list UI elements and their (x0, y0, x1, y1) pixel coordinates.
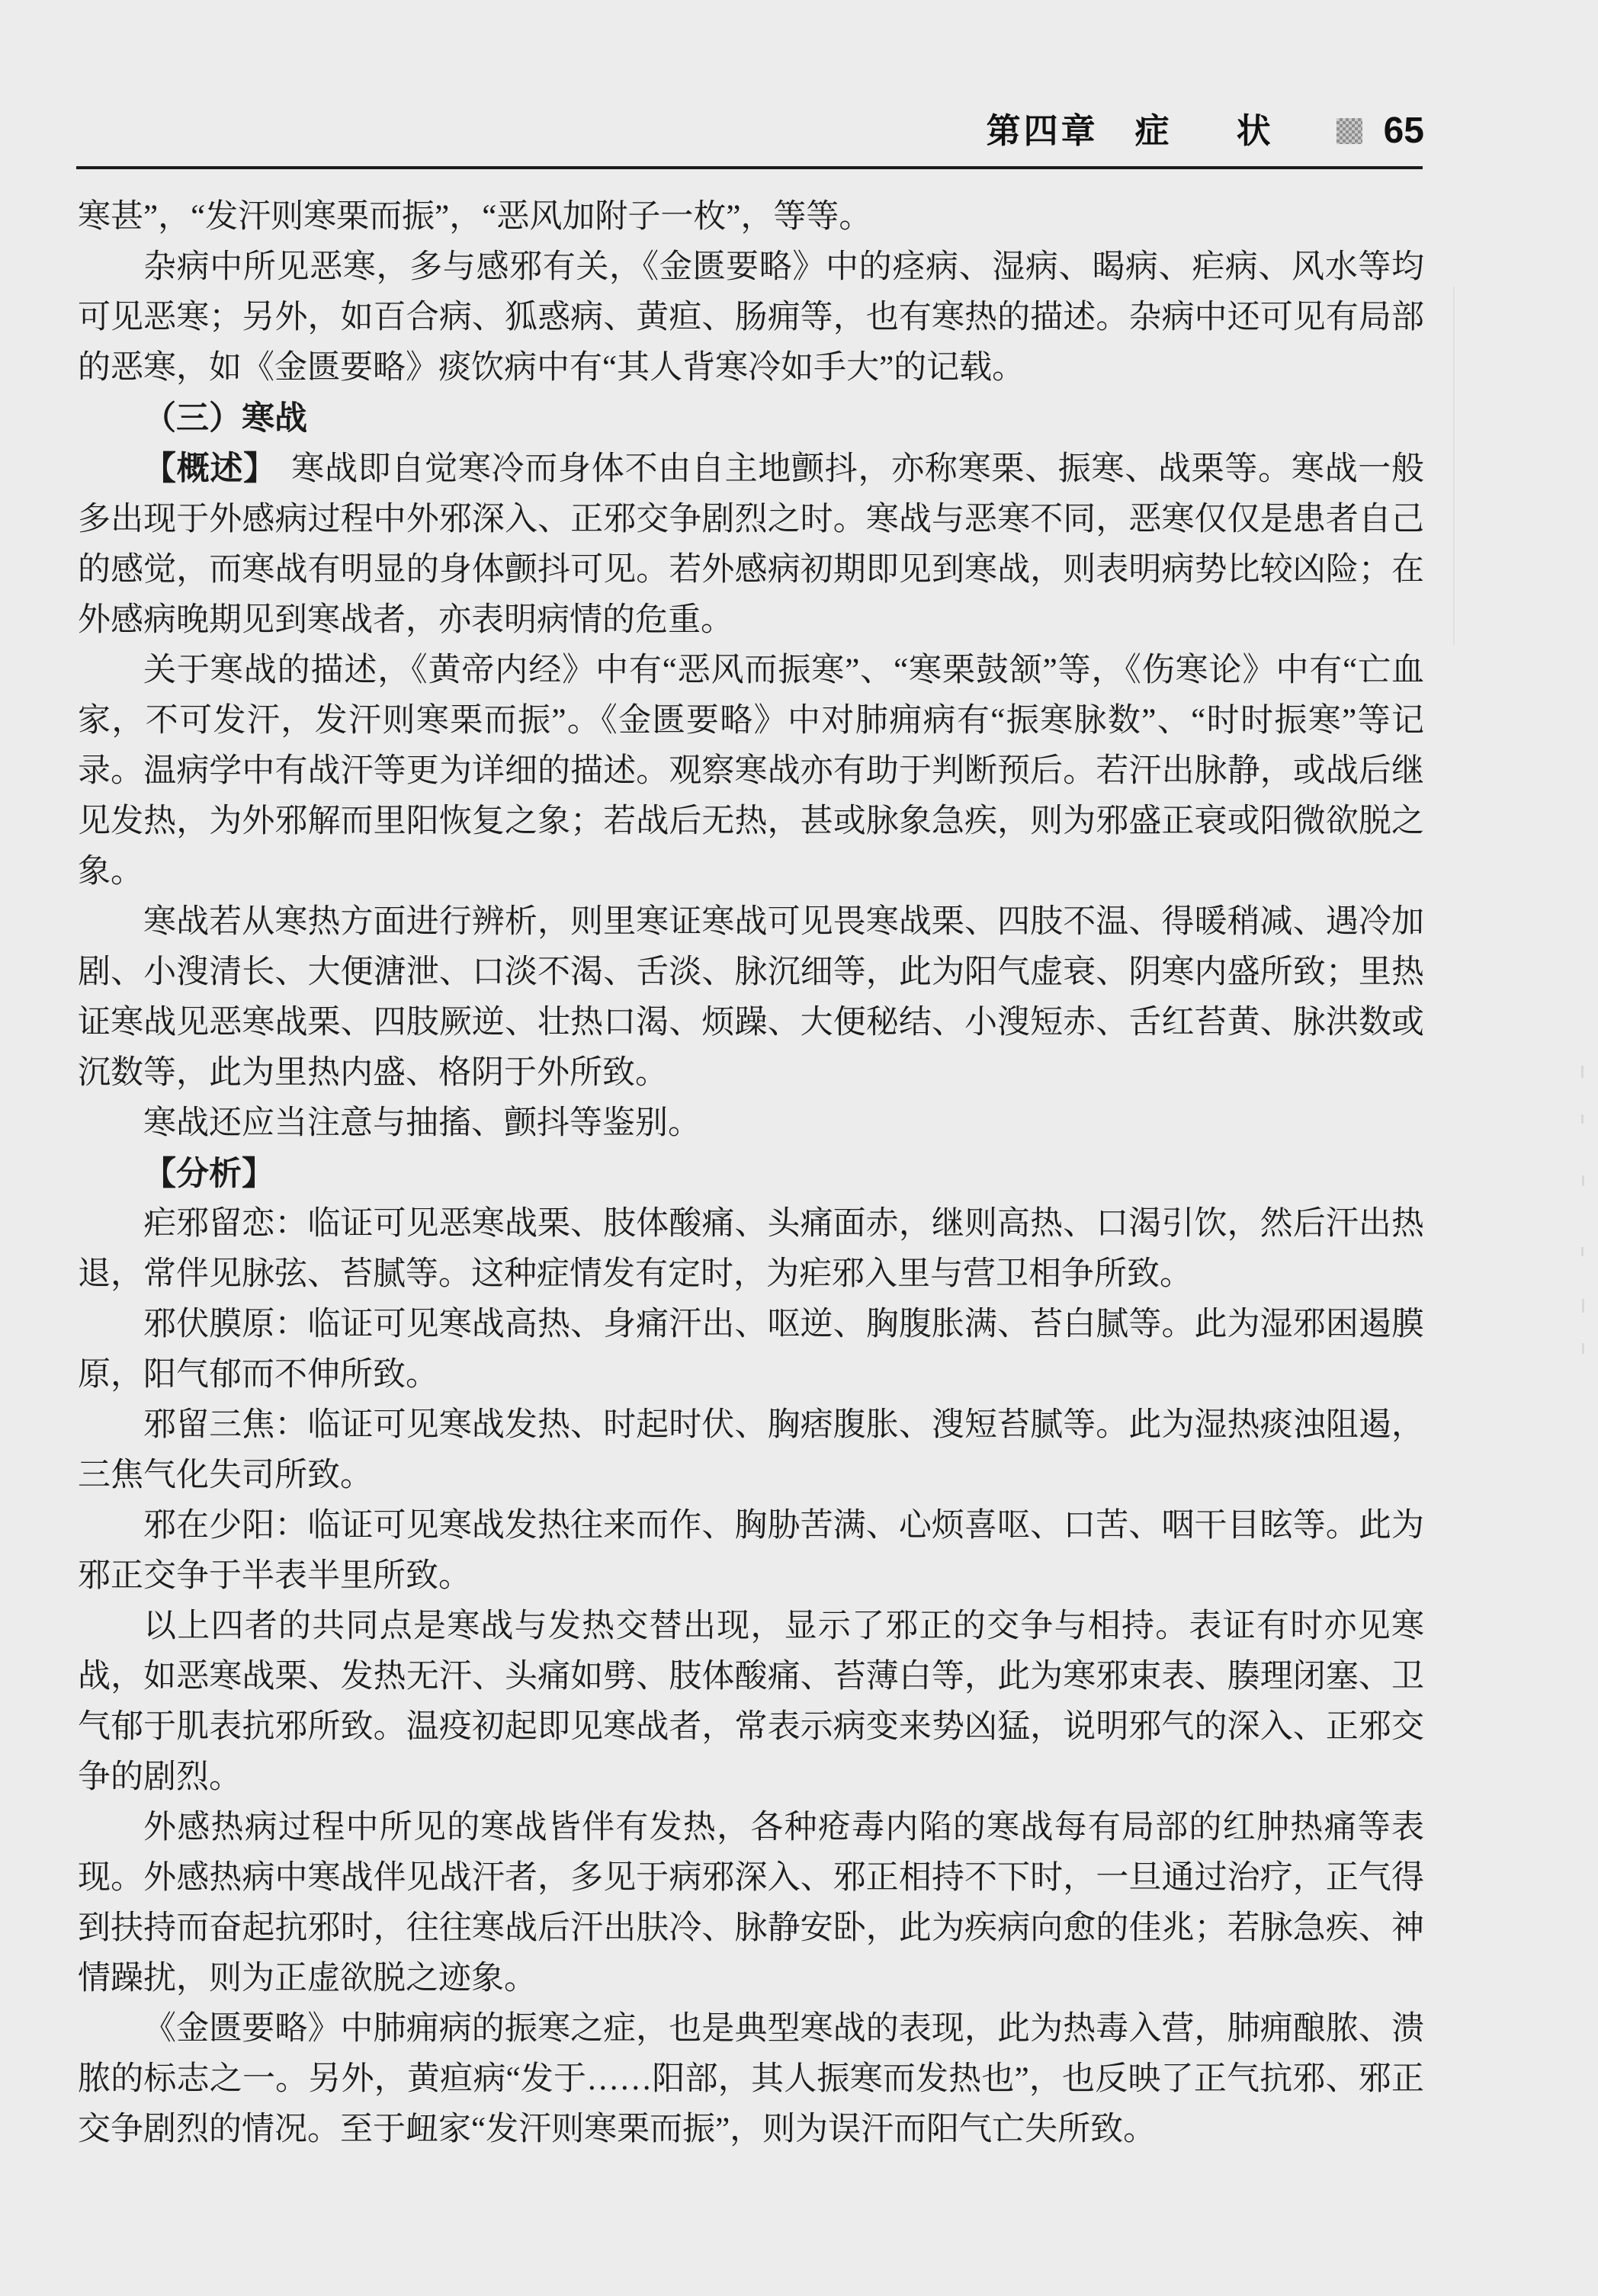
paragraph: 寒战若从寒热方面进行辨析，则里寒证寒战可见畏寒战栗、四肢不温、得暖稍减、遇冷加剧… (78, 897, 1424, 1098)
scan-artifact (1582, 1175, 1584, 1186)
scan-artifact (1453, 287, 1455, 645)
overview-label: 【概述】 (143, 451, 277, 487)
book-page: 第四章 症 状 65 寒甚”，“发汗则寒栗而振”，“恶风加附子一枚”，等等。 杂… (0, 0, 1598, 2296)
header-rule (76, 166, 1423, 169)
page-number: 65 (1384, 111, 1424, 151)
page-body: 寒甚”，“发汗则寒栗而振”，“恶风加附子一枚”，等等。 杂病中所见恶寒，多与感邪… (78, 192, 1424, 2155)
scan-artifact (1582, 1299, 1584, 1313)
paragraph: 邪在少阳：临证可见寒战发热往来而作、胸胁苦满、心烦喜呕、口苦、咽干目眩等。此为邪… (78, 1501, 1424, 1602)
paragraph: 邪伏膜原：临证可见寒战高热、身痛汗出、呕逆、胸腹胀满、苔白腻等。此为湿邪困遏膜原… (78, 1300, 1424, 1400)
chapter-title-char-1: 症 (1135, 111, 1170, 151)
scan-artifact (1581, 1066, 1584, 1078)
paragraph-continuation: 寒甚”，“发汗则寒栗而振”，“恶风加附子一枚”，等等。 (78, 192, 1424, 242)
section-heading-fenxi: 【分析】 (78, 1149, 1424, 1199)
paragraph-text: 寒战即自觉寒冷而身体不由自主地颤抖，亦称寒栗、振寒、战栗等。寒战一般多出现于外感… (78, 451, 1424, 638)
halftone-square-icon (1336, 118, 1362, 144)
paragraph: 以上四者的共同点是寒战与发热交替出现，显示了邪正的交争与相持。表证有时亦见寒战，… (78, 1602, 1424, 1803)
paragraph: 寒战还应当注意与抽搐、颤抖等鉴别。 (78, 1098, 1424, 1149)
chapter-title-char-2: 状 (1237, 111, 1271, 151)
paragraph: 邪留三焦：临证可见寒战发热、时起时伏、胸痞腹胀、溲短苔腻等。此为湿热痰浊阻遏，三… (78, 1400, 1424, 1501)
paragraph: 外感热病过程中所见的寒战皆伴有发热，各种疮毒内陷的寒战每有局部的红肿热痛等表现。… (78, 1803, 1424, 2004)
scan-artifact (1581, 1247, 1584, 1256)
scan-artifact (1582, 1343, 1584, 1354)
paragraph: 疟邪留恋：临证可见恶寒战栗、肢体酸痛、头痛面赤，继则高热、口渴引饮，然后汗出热退… (78, 1199, 1424, 1300)
section-heading-hanzhan: （三）寒战 (78, 393, 1424, 444)
page-header: 第四章 症 状 65 (987, 111, 1424, 151)
paragraph: 关于寒战的描述，《黄帝内经》中有“恶风而振寒”、“寒栗鼓颔”等，《伤寒论》中有“… (78, 646, 1424, 897)
paragraph-overview: 【概述】寒战即自觉寒冷而身体不由自主地颤抖，亦称寒栗、振寒、战栗等。寒战一般多出… (78, 444, 1424, 646)
scan-artifact (1581, 1114, 1584, 1124)
paragraph: 杂病中所见恶寒，多与感邪有关，《金匮要略》中的痉病、湿病、暍病、疟病、风水等均可… (78, 242, 1424, 393)
paragraph: 《金匮要略》中肺痈病的振寒之症，也是典型寒战的表现，此为热毒入营，肺痈酿脓、溃脓… (78, 2004, 1424, 2155)
chapter-label: 第四章 (987, 111, 1099, 151)
